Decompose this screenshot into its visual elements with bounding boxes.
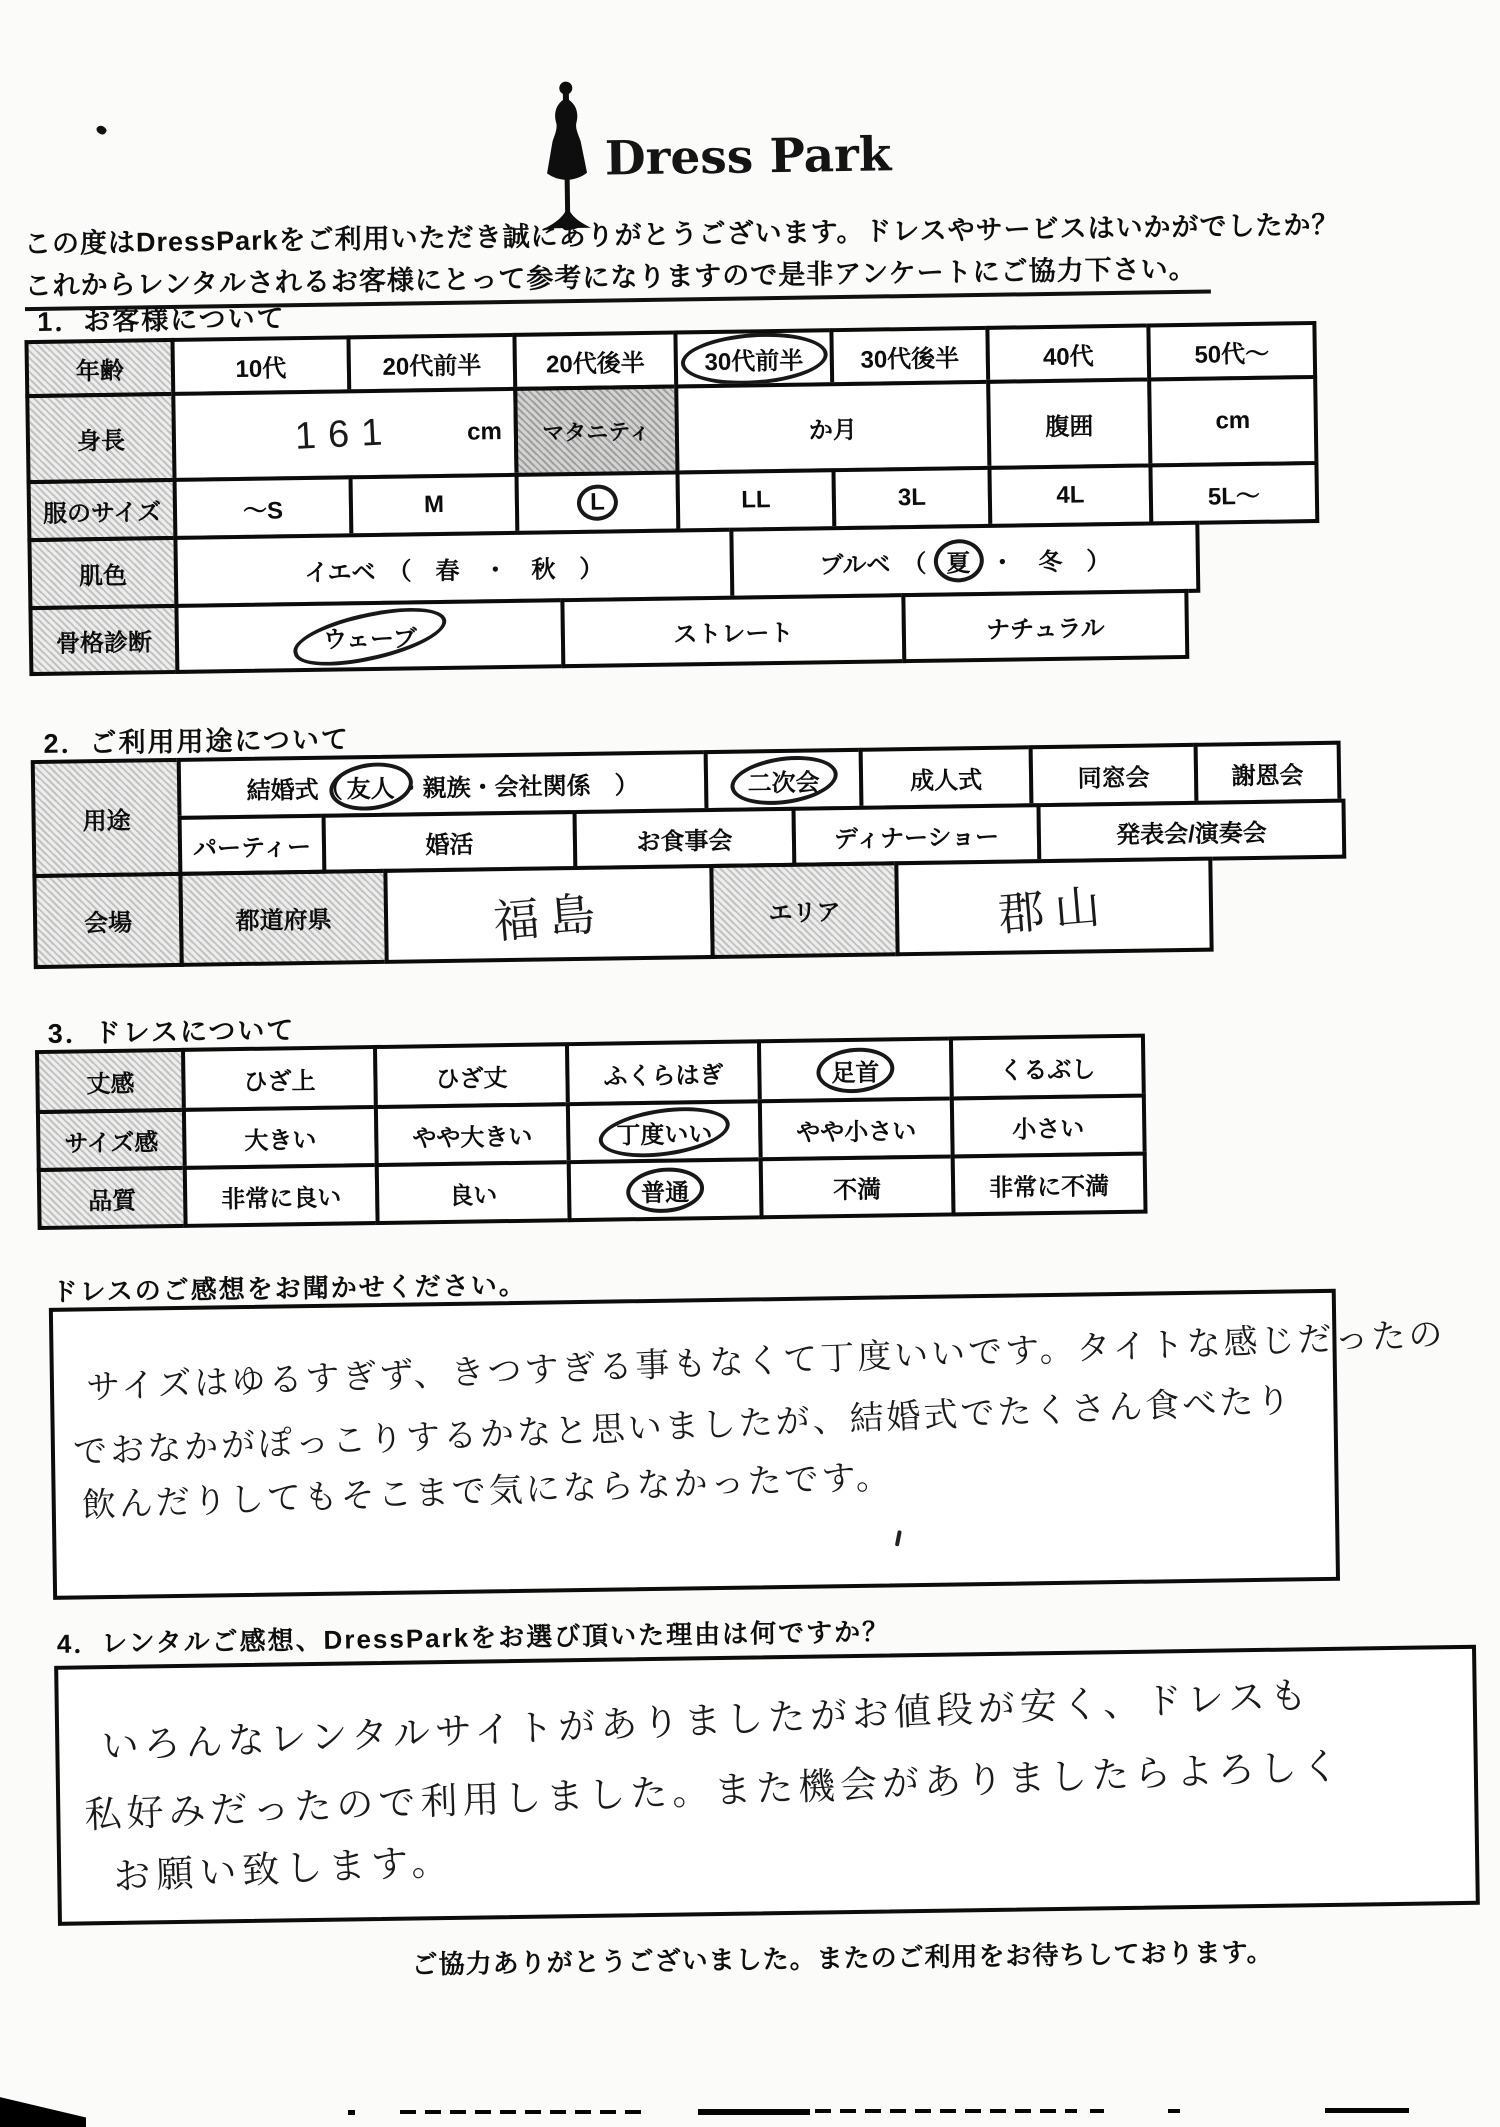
- skin-blue-base-cell: ブルベ （ 夏 ・ 冬 ）: [729, 521, 1200, 600]
- age-option-cell: 10代: [170, 335, 351, 396]
- length-option-cell: くるぶし: [949, 1034, 1146, 1101]
- fit-option-cell: やや小さい: [758, 1096, 955, 1161]
- usage-option-cell: 同窓会: [1029, 743, 1199, 808]
- handwritten-circle: 友人: [342, 767, 399, 805]
- scan-artifact: [1168, 2109, 1180, 2113]
- usage-table: 用途 結婚式（ 友人 ・親族・会社関係 ） 二次会 成人式 同窓会 謝恩会 パー…: [31, 741, 1348, 969]
- usage-option-cell: 謝恩会: [1194, 741, 1342, 805]
- area-label-cell: エリア: [709, 861, 899, 959]
- fit-row-header: サイズ感: [36, 1108, 187, 1172]
- quality-option-cell: 非常に不満: [951, 1152, 1148, 1217]
- scan-artifact: [1325, 2108, 1409, 2113]
- handwritten-circle: 30代前半: [700, 339, 807, 378]
- usage-option-cell: 婚活: [322, 810, 578, 874]
- handwritten-reason-line: お願い致します。: [112, 1831, 455, 1901]
- handwritten-circle: 夏: [942, 542, 975, 579]
- handwritten-circle: ウェーブ: [319, 617, 421, 656]
- skin-row-header: 肌色: [27, 536, 178, 610]
- section2-title: 2．ご利用用途について: [43, 717, 350, 761]
- height-row-header: 身長: [25, 392, 176, 484]
- usage-option-cell: お食事会: [572, 807, 796, 870]
- size-option-cell: 4L: [987, 463, 1153, 527]
- handwritten-circle: 二次会: [743, 761, 824, 799]
- skeleton-option-cell: ナチュラル: [901, 589, 1189, 663]
- age-option-cell-selected: 30代前半: [673, 328, 834, 388]
- brand-logo: Dress Park: [538, 75, 893, 230]
- scan-artifact: [698, 2109, 810, 2115]
- scan-artifact: [348, 2110, 355, 2115]
- handwritten-area: 郡山: [995, 869, 1112, 944]
- dress-table: 丈感 ひざ上 ひざ丈 ふくらはぎ 足首 くるぶし サイズ感 大きい やや大きい …: [35, 1034, 1148, 1230]
- usage-option-cell: パーティー: [178, 814, 327, 876]
- fit-option-cell: 小さい: [950, 1094, 1147, 1159]
- prefecture-value-cell: 福島: [383, 864, 714, 964]
- usage-option-cell: 発表会/演奏会: [1036, 799, 1346, 864]
- quality-option-cell: 不満: [759, 1154, 956, 1219]
- venue-row: 会場 都道府県 福島 エリア 郡山: [32, 855, 1347, 969]
- fit-option-cell: 大きい: [182, 1105, 379, 1170]
- size-row-header: 服のサイズ: [27, 478, 178, 542]
- maternity-header: マタニティ: [513, 384, 679, 476]
- age-row-header: 年齢: [24, 338, 175, 398]
- skeleton-row-header: 骨格診断: [28, 604, 179, 676]
- size-option-cell: 3L: [831, 466, 992, 530]
- fit-option-cell: やや大きい: [374, 1102, 571, 1167]
- age-option-cell: 50代～: [1146, 321, 1317, 382]
- quality-option-cell-selected: 普通: [567, 1157, 764, 1222]
- handwritten-circle: 普通: [637, 1171, 694, 1209]
- quality-option-cell: 良い: [375, 1160, 572, 1225]
- quality-row-header: 品質: [37, 1166, 188, 1230]
- size-option-cell: M: [349, 473, 520, 538]
- scan-artifact: [815, 2109, 1077, 2113]
- handwritten-circle: L: [586, 488, 609, 518]
- section3-title: 3．ドレスについて: [47, 1008, 295, 1051]
- reason-box: いろんなレンタルサイトがありましたがお値段が安く、ドレスも 私好みだったので利用…: [54, 1645, 1480, 1926]
- usage-option-cell-selected: 二次会: [704, 748, 864, 812]
- ink-speck: [95, 124, 108, 136]
- section1-title: 1．お客様について: [37, 296, 286, 339]
- length-option-cell: ふくらはぎ: [565, 1039, 762, 1106]
- age-option-cell: 40代: [985, 323, 1151, 383]
- scan-artifact: [400, 2110, 645, 2114]
- brand-name: Dress Park: [604, 127, 891, 186]
- closing-note: ご協力ありがとうございました。またのご利用をお待ちしております。: [411, 1932, 1273, 1982]
- section4-title: 4．レンタルご感想、DressParkをお選び頂いた理由は何ですか？: [57, 1611, 891, 1660]
- usage-option-cell: 成人式: [859, 745, 1034, 810]
- length-option-cell: ひざ上: [181, 1045, 378, 1112]
- quality-option-cell: 非常に良い: [183, 1163, 380, 1228]
- height-value-cell: 161 cm: [171, 387, 518, 482]
- size-option-cell: LL: [675, 468, 836, 532]
- usage-row-header: 用途: [31, 758, 183, 878]
- waist-unit-cell: cm: [1147, 375, 1318, 468]
- prefecture-label-cell: 都道府県: [178, 869, 388, 967]
- fit-option-cell-selected: 丁度いい: [566, 1099, 763, 1164]
- venue-row-header: 会場: [32, 872, 183, 969]
- handwritten-height: 161: [294, 410, 395, 458]
- scanned-survey-page: Dress Park この度はDressParkをご利用いただき誠にありがとうご…: [0, 0, 1500, 2127]
- usage-option-cell: ディナーショー: [791, 803, 1041, 867]
- size-option-cell-selected: L: [514, 470, 680, 534]
- handwritten-circle: 丁度いい: [612, 1112, 717, 1151]
- age-option-cell: 20代前半: [346, 333, 517, 394]
- height-unit: cm: [467, 418, 502, 447]
- size-option-cell: 5L～: [1148, 461, 1319, 526]
- age-option-cell: 20代後半: [512, 330, 678, 390]
- length-row-header: 丈感: [35, 1048, 186, 1114]
- area-value-cell: 郡山: [894, 857, 1213, 957]
- handwritten-prefecture: 福島: [490, 876, 607, 951]
- feedback-box: サイズはゆるすぎず、きつすぎる事もなくて丁度いいです。タイトな感じだったの でお…: [49, 1289, 1340, 1600]
- scan-artifact: [1090, 2109, 1104, 2113]
- size-option-cell: ～S: [173, 475, 354, 540]
- handwritten-circle: 足首: [827, 1051, 884, 1089]
- customer-table: 年齢 10代 20代前半 20代後半 30代前半 30代後半 40代 50代～ …: [24, 321, 1321, 676]
- waist-label-cell: 腹囲: [986, 377, 1152, 469]
- skeleton-option-cell: ストレート: [560, 593, 906, 668]
- age-option-cell: 30代後半: [829, 326, 990, 386]
- dress-mannequin-icon: [538, 80, 596, 231]
- skeleton-option-cell-selected: ウェーブ: [174, 598, 565, 674]
- length-option-cell: ひざ丈: [373, 1042, 570, 1109]
- length-option-cell-selected: 足首: [757, 1036, 954, 1103]
- maternity-months-cell: か月: [674, 380, 991, 475]
